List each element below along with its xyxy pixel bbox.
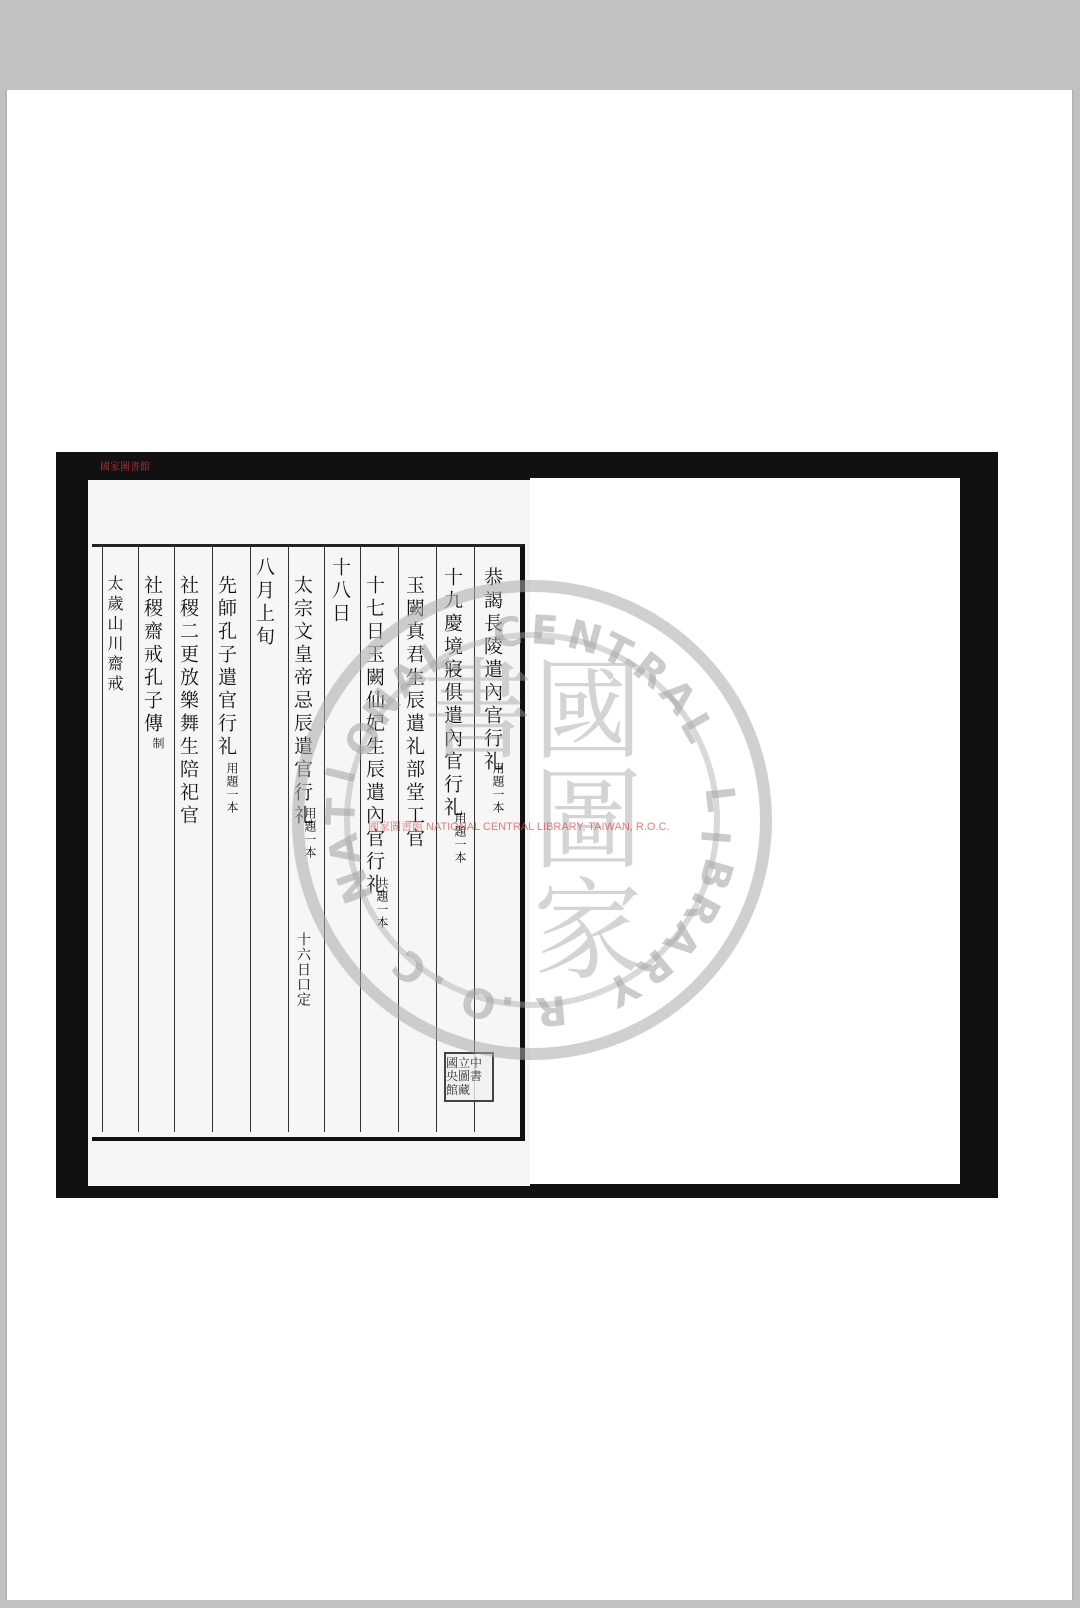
text-column: 先師孔子遣官行礼: [216, 575, 235, 759]
column-rule: [138, 547, 139, 1132]
column-rule: [250, 547, 251, 1132]
text-column: 玉闕真君生辰遣礼部堂工官: [404, 575, 423, 851]
column-rule: [360, 547, 361, 1132]
column-rule: [212, 547, 213, 1132]
text-column: 恭謁長陵遣內官行礼: [482, 567, 501, 774]
corner-red-mark: 國家圖書館: [100, 458, 150, 473]
text-column: 十九慶境寢俱遣內官行礼: [442, 567, 461, 820]
text-column: 社稷二更放樂舞生陪祀官: [178, 575, 197, 828]
column-note: 制: [152, 737, 164, 750]
column-rule: [474, 547, 475, 1132]
text-column: 太宗文皇帝忌辰遣官行礼: [292, 575, 311, 828]
column-rule: [436, 547, 437, 1132]
column-rule: [174, 547, 175, 1132]
column-note: 用題一本: [304, 807, 316, 859]
viewer-top-bar: [0, 0, 1080, 90]
text-column: 八月上旬: [254, 557, 273, 649]
column-rule: [102, 547, 103, 1132]
column-rule: [288, 547, 289, 1132]
library-seal: 國立中央圖書館藏: [444, 1052, 494, 1102]
column-rule: [398, 547, 399, 1132]
column-note: 用題一本: [492, 762, 504, 814]
column-note: 用題一本: [226, 762, 238, 814]
text-column: 社稷齋戒孔子傳: [142, 575, 161, 736]
column-rule: [324, 547, 325, 1132]
text-column: 太歲山川齋戒: [106, 575, 122, 695]
text-column: 十七日玉闕仙妃生辰遣內官行礼: [364, 575, 383, 897]
text-column: 十八日: [330, 557, 349, 626]
library-watermark-text: 國家圖書館 NATIONAL CENTRAL LIBRARY, TAIWAN, …: [368, 818, 670, 834]
column-note: 共題一本: [376, 877, 388, 929]
margin-note: 十六日口定: [296, 932, 310, 1007]
